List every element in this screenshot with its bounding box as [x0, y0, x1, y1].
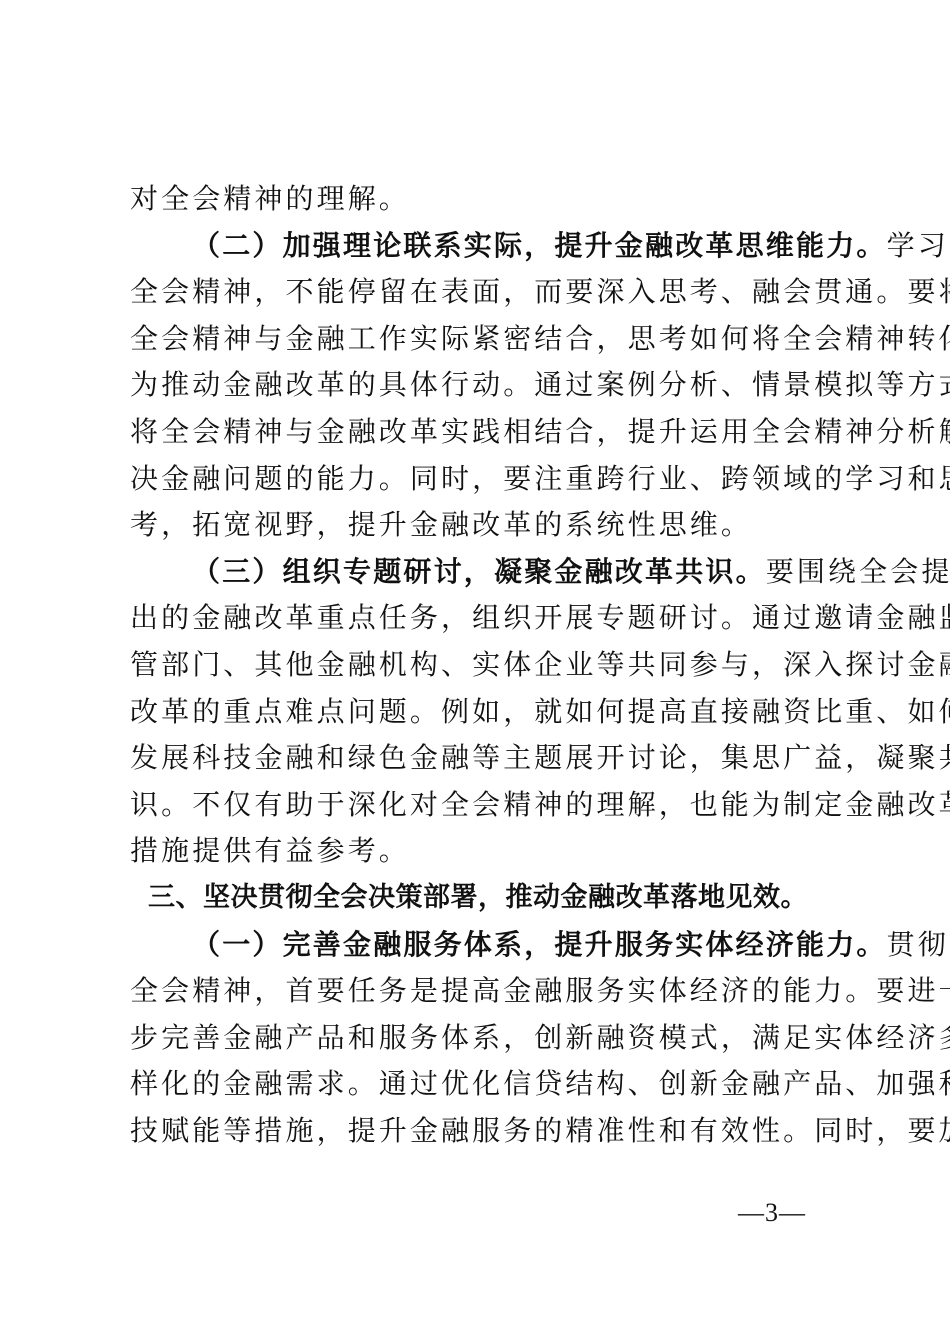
- text-run: 贯彻: [887, 928, 949, 961]
- text-line: （一）完善金融服务体系，提升服务实体经济能力。贯彻: [130, 922, 818, 969]
- text-line: 发展科技金融和绿色金融等主题展开讨论，集思广益，凝聚共: [130, 735, 818, 782]
- text-line: 技赋能等措施，提升金融服务的精准性和有效性。同时，要加: [130, 1108, 818, 1155]
- text-line: （二）加强理论联系实际，提升金融改革思维能力。学习: [130, 223, 818, 270]
- text-line: 考，拓宽视野，提升金融改革的系统性思维。: [130, 502, 818, 549]
- text-line: 为推动金融改革的具体行动。通过案例分析、情景模拟等方式，: [130, 362, 818, 409]
- text-line: 管部门、其他金融机构、实体企业等共同参与，深入探讨金融: [130, 642, 818, 689]
- subsection-heading: （三）组织专题研讨，凝聚金融改革共识。: [192, 555, 766, 588]
- text-line: 全会精神，不能停留在表面，而要深入思考、融会贯通。要将: [130, 269, 818, 316]
- text-line: 全会精神与金融工作实际紧密结合，思考如何将全会精神转化: [130, 316, 818, 363]
- text-line: 步完善金融产品和服务体系，创新融资模式，满足实体经济多: [130, 1015, 818, 1062]
- text-line: 决金融问题的能力。同时，要注重跨行业、跨领域的学习和思: [130, 456, 818, 503]
- text-line: 出的金融改革重点任务，组织开展专题研讨。通过邀请金融监: [130, 595, 818, 642]
- text-line: 将全会精神与金融改革实践相结合，提升运用全会精神分析解: [130, 409, 818, 456]
- text-line: 识。不仅有助于深化对全会精神的理解，也能为制定金融改革: [130, 782, 818, 829]
- text-line: （三）组织专题研讨，凝聚金融改革共识。要围绕全会提: [130, 549, 818, 596]
- text-line: 样化的金融需求。通过优化信贷结构、创新金融产品、加强科: [130, 1061, 818, 1108]
- subsection-heading: （一）完善金融服务体系，提升服务实体经济能力。: [192, 928, 887, 961]
- text-run: 学习: [887, 229, 949, 262]
- text-run: 要围绕全会提: [766, 555, 950, 588]
- page-number: —3—: [738, 1198, 806, 1228]
- section-heading: 三、坚决贯彻全会决策部署，推动金融改革落地见效。: [130, 875, 818, 922]
- text-line: 对全会精神的理解。: [130, 176, 818, 223]
- text-line: 措施提供有益参考。: [130, 828, 818, 875]
- document-page: 对全会精神的理解。 （二）加强理论联系实际，提升金融改革思维能力。学习 全会精神…: [130, 176, 818, 1154]
- subsection-heading: （二）加强理论联系实际，提升金融改革思维能力。: [192, 229, 887, 262]
- text-line: 改革的重点难点问题。例如，就如何提高直接融资比重、如何: [130, 689, 818, 736]
- text-line: 全会精神，首要任务是提高金融服务实体经济的能力。要进一: [130, 968, 818, 1015]
